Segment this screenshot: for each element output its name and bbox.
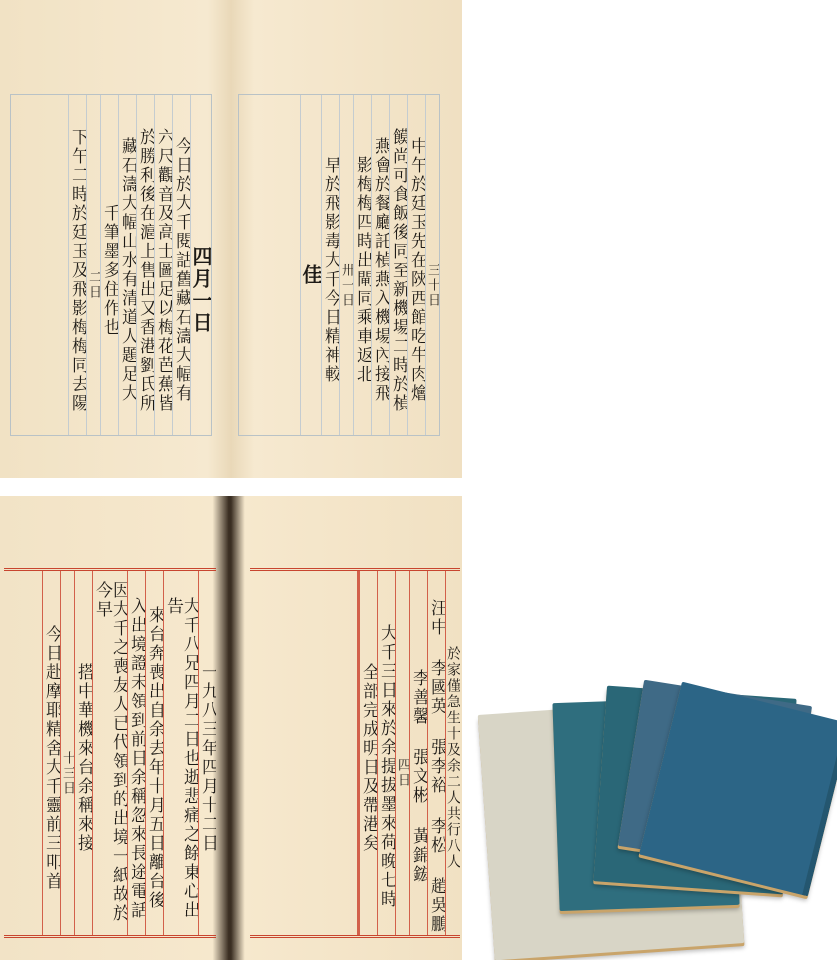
ruled-grid-bottom-right: 於家僅急生十及余二人共行八人 汪中 李國英 張李裕 李松 趙吳鵬 李善馨 張文彬… — [250, 568, 460, 938]
ruled-grid-top-right: 三十日 中午於廷玉先在陝西館吃牛肉燴 饃尚可食飯後同至新機場二時於楨 燕會於餐廳… — [238, 94, 440, 436]
diary-column: 大千八兄四月二日也逝悲痛之餘東心出告 — [163, 571, 198, 935]
diary-column: 一九八三年四月十二日 — [198, 571, 216, 935]
diary-column: 四日 — [395, 571, 409, 935]
diary-column: 燕會於餐廳託楨燕入機場內接飛 — [371, 95, 389, 435]
diary-column: 來台奔喪出自余去年十月五日離台後 — [145, 571, 163, 935]
diary-spread-top: 四月一日 今日於大千閱詁舊藏石濤大幅有 六尺觀音及高士圖足以梅花芭蕉皆 於勝利後… — [0, 0, 462, 478]
diary-column: 藏石濤大幅山水有清道人題足大 — [118, 95, 136, 435]
diary-column: 早於飛影毒大千今日精神較 — [321, 95, 339, 435]
diary-column: 今日赴摩耶精舍大千靈前三叩首 — [42, 571, 60, 935]
diary-column: 今日於大千閱詁舊藏石濤大幅有 — [172, 95, 190, 435]
diary-column: 入出境證未領到前日余稱忽來長途電話 — [127, 571, 145, 935]
diary-column: 三十日 — [425, 95, 439, 435]
diary-column: 佳 — [300, 95, 321, 435]
diary-column: 二日 — [86, 95, 100, 435]
diary-column: 千筆墨多住作也 — [100, 95, 118, 435]
diary-column: 卅一日 — [339, 95, 353, 435]
notebook-stack — [480, 680, 837, 960]
ruled-grid-bottom-left: 一九八三年四月十二日 大千八兄四月二日也逝悲痛之餘東心出告 來台奔喪出自余去年十… — [4, 568, 216, 938]
ruled-grid-top-left: 四月一日 今日於大千閱詁舊藏石濤大幅有 六尺觀音及高士圖足以梅花芭蕉皆 於勝利後… — [10, 94, 212, 436]
diary-column: 饃尚可食飯後同至新機場二時於楨 — [389, 95, 407, 435]
diary-column: 十三日 — [60, 571, 74, 935]
diary-column: 影梅梅四時出閘同乘車返北 — [353, 95, 371, 435]
diary-column: 四月一日 — [190, 95, 211, 435]
diary-column: 汪中 李國英 張李裕 李松 趙吳鵬 — [427, 571, 445, 935]
diary-column: 中午於廷玉先在陝西館吃牛肉燴 — [407, 95, 425, 435]
diary-column: 於勝利後在滬上售出又香港劉氏所 — [136, 95, 154, 435]
diary-column: 六尺觀音及高士圖足以梅花芭蕉皆 — [154, 95, 172, 435]
diary-column: 大千三日來於余提拔墨來荷晚七時 — [377, 571, 395, 935]
diary-column: 搭中華機來台余稱來接 — [74, 571, 92, 935]
diary-spread-bottom: 一九八三年四月十二日 大千八兄四月二日也逝悲痛之餘東心出告 來台奔喪出自余去年十… — [0, 496, 462, 960]
diary-column: 李善馨 張文彬 黃錦鋐 — [409, 571, 427, 935]
diary-column: 於家僅急生十及余二人共行八人 — [445, 571, 460, 935]
diary-column: 下午二時於廷玉及飛影梅梅同去陽 — [68, 95, 86, 435]
diary-column: 全部完成明日及帶港矣 — [359, 571, 377, 935]
diary-column: 因大千之喪友人已代領到的出境一紙故於今早 — [92, 571, 127, 935]
